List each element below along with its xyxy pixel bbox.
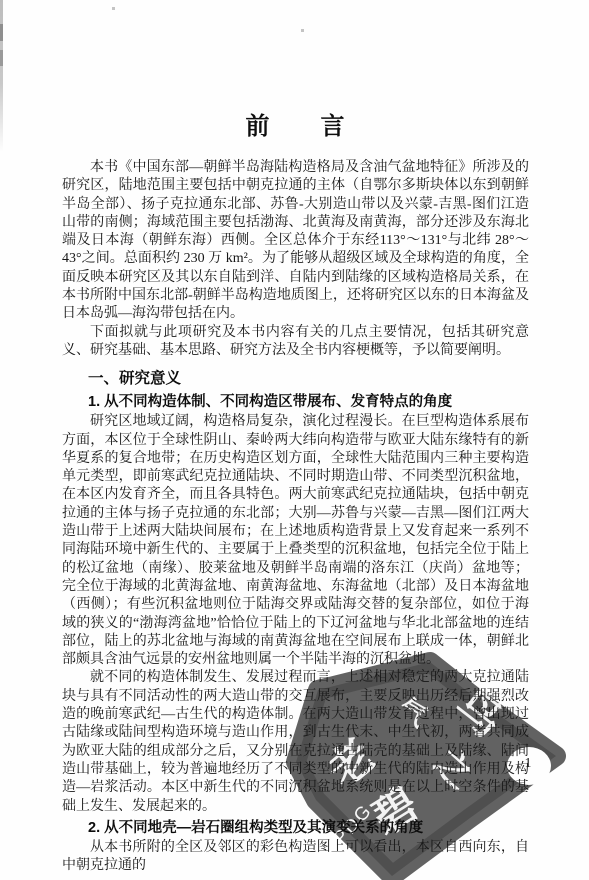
paragraph-crust-lithosphere: 从本书所附的全区及邻区的彩色构造图上可以看出，本区自西向东，自中朝克拉通的 [62,839,529,876]
paragraph-tectonic-units: 研究区地域辽阔，构造格局复杂，演化过程漫长。在巨型构造体系展布方面，本区位于全球… [62,413,529,669]
subsection-heading-tectonic-regimes: 1. 从不同构造体制、不同构造区带展布、发育特点的角度 [62,393,529,412]
scan-edge-mark [0,24,3,41]
paragraph-outline: 下面拟就与此项研究及本书内容有关的几点主要情况，包括其研究意义、研究基础、基本思… [62,324,529,361]
scan-edge-artifact [0,0,3,152]
scan-speck [112,7,115,10]
paragraph-regime-evolution: 就不同的构造体制发生、发展过程而言，上述相对稳定的两大克拉通陆块与具有不同活动性… [62,669,529,815]
scan-speck [301,29,304,32]
paragraph-study-area: 本书《中国东部—朝鲜半岛海陆构造格局及含油气盆地特征》所涉及的研究区，陆地范围主… [62,159,529,324]
scan-edge-mark [0,50,3,66]
text-column: 前 言 本书《中国东部—朝鲜半岛海陆构造格局及含油气盆地特征》所涉及的研究区，陆… [62,0,529,875]
page-number: 1 [518,756,538,772]
page-title: 前 言 [62,0,529,142]
subsection-heading-crust-lithosphere: 2. 从不同地壳—岩石圈组构类型及其演变关系的角度 [62,819,529,838]
section-heading-research-significance: 一、研究意义 [62,369,529,389]
book-page: 鸟 气 老 碧 之 PDG 前 言 本书《中国东部—朝鲜半岛海陆构造格局及含油气… [0,0,589,880]
